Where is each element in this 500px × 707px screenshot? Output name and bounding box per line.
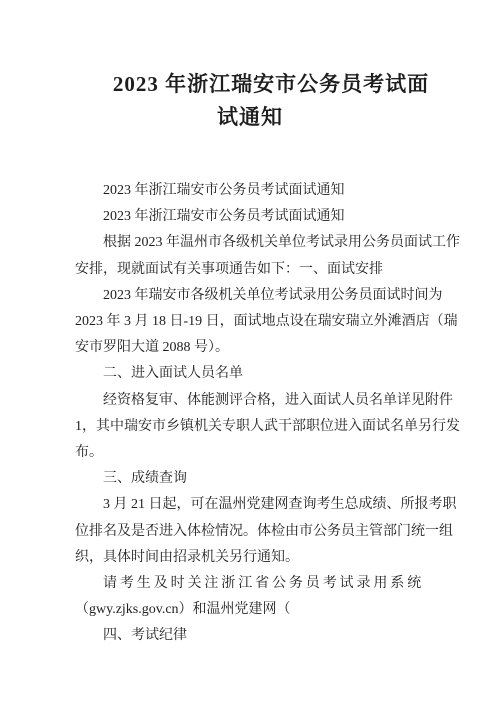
document-title-line: 试通知 xyxy=(0,101,500,134)
document-line: 安市罗阳大道 2088 号）。 xyxy=(75,335,430,361)
document-line: 安排，现就面试有关事项通告如下：一、面试安排 xyxy=(75,257,430,283)
document-line: 布。 xyxy=(75,440,430,466)
document-title: 2023 年浙江瑞安市公务员考试面 试通知 xyxy=(0,0,500,134)
document-line: 2023 年浙江瑞安市公务员考试面试通知 xyxy=(75,204,430,230)
document-line: 经资格复审、体能测评合格，进入面试人员名单详见附件 xyxy=(75,388,430,414)
document-line: 3 月 21 日起，可在温州党建网查询考生总成绩、所报考职 xyxy=(75,492,430,518)
document-title-line: 2023 年浙江瑞安市公务员考试面 xyxy=(0,68,500,101)
document-section-heading: 四、考试纪律 xyxy=(75,623,430,649)
document-line: 2023 年瑞安市各级机关单位考试录用公务员面试时间为 xyxy=(75,283,430,309)
document-line: 2023 年 3 月 18 日-19 日，面试地点设在瑞安瑞立外滩酒店（瑞 xyxy=(75,309,430,335)
document-line: （gwy.zjks.gov.cn）和温州党建网（ xyxy=(75,597,430,623)
document-line: 请考生及时关注浙江省公务员考试录用系统 xyxy=(75,571,430,597)
document-line: 2023 年浙江瑞安市公务员考试面试通知 xyxy=(75,178,430,204)
document-page: 2023 年浙江瑞安市公务员考试面 试通知 2023 年浙江瑞安市公务员考试面试… xyxy=(0,0,500,707)
document-section-heading: 二、进入面试人员名单 xyxy=(75,361,430,387)
document-line: 1，其中瑞安市乡镇机关专职人武干部职位进入面试名单另行发 xyxy=(75,414,430,440)
document-line: 根据 2023 年温州市各级机关单位考试录用公务员面试工作 xyxy=(75,230,430,256)
document-line: 位排名及是否进入体检情况。体检由市公务员主管部门统一组 xyxy=(75,519,430,545)
document-body: 2023 年浙江瑞安市公务员考试面试通知 2023 年浙江瑞安市公务员考试面试通… xyxy=(75,178,430,650)
document-section-heading: 三、成绩查询 xyxy=(75,466,430,492)
document-line: 织，具体时间由招录机关另行通知。 xyxy=(75,545,430,571)
